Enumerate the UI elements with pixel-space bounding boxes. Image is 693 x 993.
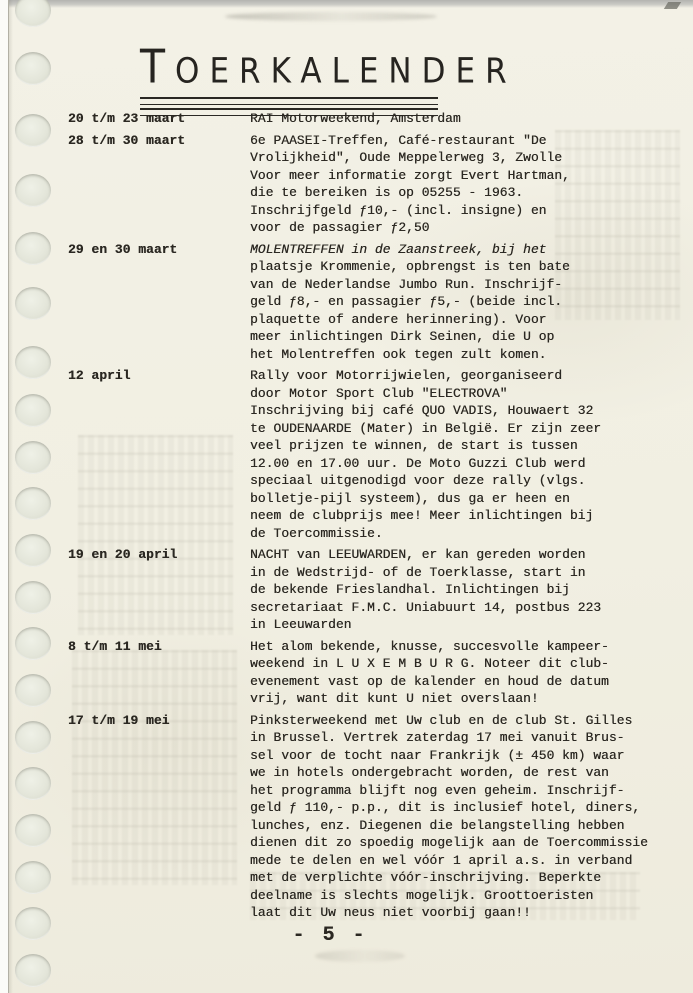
entry-date: 12 april <box>68 367 250 542</box>
title-block: TOERKALENDER <box>140 40 517 116</box>
entry-description: MOLENTREFFEN in de Zaanstreek, bij hetpl… <box>250 241 683 364</box>
entry-line: geld ƒ8,- en passagier ƒ5,- (beide incl. <box>250 293 683 311</box>
entry-date: 19 en 20 april <box>68 546 250 634</box>
page-left-edge <box>0 0 9 993</box>
title-underline <box>140 97 438 105</box>
punch-hole <box>15 674 51 707</box>
punch-hole <box>15 114 51 147</box>
entry-line: deelname is slechts mogelijk. Groottoeri… <box>250 887 683 905</box>
entry-line: in Brussel. Vertrek zaterdag 17 mei vanu… <box>250 729 683 747</box>
entry-line: 6e PAASEI-Treffen, Café-restaurant "De <box>250 132 683 150</box>
entry-line: veel prijzen te winnen, de start is tuss… <box>250 437 683 455</box>
punch-hole <box>15 907 51 940</box>
calendar-entry: 28 t/m 30 maart6e PAASEI-Treffen, Café-r… <box>68 132 683 237</box>
page-top-edge <box>0 0 693 8</box>
entry-line: de Toercommissie. <box>250 525 683 543</box>
punch-hole <box>15 954 51 987</box>
punch-hole <box>15 0 51 27</box>
page-edge-shadow <box>9 0 13 993</box>
entry-date: 20 t/m 23 maart <box>68 110 250 128</box>
punch-hole <box>15 287 51 320</box>
calendar-entry: 29 en 30 maartMOLENTREFFEN in de Zaanstr… <box>68 241 683 364</box>
entry-description: Rally voor Motorrijwielen, georganiseerd… <box>250 367 683 542</box>
entry-line: in Leeuwarden <box>250 616 683 634</box>
entry-date: 29 en 30 maart <box>68 241 250 364</box>
punch-hole <box>15 534 51 567</box>
punch-hole <box>15 394 51 427</box>
entry-date: 8 t/m 11 mei <box>68 638 250 708</box>
calendar-entries: 20 t/m 23 maartRAI Motorweekend, Amsterd… <box>68 110 683 926</box>
entry-line: speciaal uitgenodigd voor deze rally (vl… <box>250 472 683 490</box>
punch-hole <box>15 861 51 894</box>
entry-line: Het alom bekende, knusse, succesvolle ka… <box>250 638 683 656</box>
entry-line: meer inlichtingen Dirk Seinen, die U op <box>250 328 683 346</box>
entry-line: die te bereiken is op 05255 - 1963. <box>250 184 683 202</box>
entry-line: lunches, enz. Diegenen die belangstellin… <box>250 817 683 835</box>
punch-hole <box>15 232 51 265</box>
entry-line: sel voor de tocht naar Frankrijk (± 450 … <box>250 747 683 765</box>
punch-hole <box>15 487 51 520</box>
calendar-entry: 19 en 20 aprilNACHT van LEEUWARDEN, er k… <box>68 546 683 634</box>
calendar-entry: 12 aprilRally voor Motorrijwielen, georg… <box>68 367 683 542</box>
punch-hole <box>15 441 51 474</box>
punch-hole <box>15 346 51 379</box>
punch-hole <box>15 814 51 847</box>
ink-smudge <box>315 950 405 962</box>
punch-hole <box>15 52 51 85</box>
entry-line: Rally voor Motorrijwielen, georganiseerd <box>250 367 683 385</box>
entry-line: we in hotels ondergebracht worden, de re… <box>250 764 683 782</box>
entry-description: RAI Motorweekend, Amsterdam <box>250 110 683 128</box>
entry-line: neem de clubprijs mee! Meer inlichtingen… <box>250 507 683 525</box>
entry-line: plaquette of andere herinnering). Voor <box>250 311 683 329</box>
entry-line: het Molentreffen ook tegen zult komen. <box>250 346 683 364</box>
calendar-entry: 8 t/m 11 meiHet alom bekende, knusse, su… <box>68 638 683 708</box>
entry-line: Inschrijfgeld ƒ10,- (incl. insigne) en <box>250 202 683 220</box>
entry-line: 12.00 en 17.00 uur. De Moto Guzzi Club w… <box>250 455 683 473</box>
entry-line: Vrolijkheid", Oude Meppelerweg 3, Zwolle <box>250 149 683 167</box>
entry-line: geld ƒ 110,- p.p., dit is inclusief hote… <box>250 799 683 817</box>
entry-line: dienen dit zo spoedig mogelijk aan de To… <box>250 834 683 852</box>
entry-line: bolletje-pijl systeem), dus ga er heen e… <box>250 490 683 508</box>
entry-line: Inschrijving bij café QUO VADIS, Houwaer… <box>250 402 683 420</box>
entry-line: vrij, want dit kunt U niet overslaan! <box>250 690 683 708</box>
entry-line: NACHT van LEEUWARDEN, er kan gereden wor… <box>250 546 683 564</box>
calendar-entry: 17 t/m 19 meiPinksterweekend met Uw club… <box>68 712 683 922</box>
entry-line: Pinksterweekend met Uw club en de club S… <box>250 712 683 730</box>
entry-line: Voor meer informatie zorgt Evert Hartman… <box>250 167 683 185</box>
pencil-smudge <box>225 12 437 21</box>
entry-line: voor de passagier ƒ2,50 <box>250 219 683 237</box>
page-title: TOERKALENDER <box>140 40 517 94</box>
entry-date: 17 t/m 19 mei <box>68 712 250 922</box>
entry-line: de bekende Frieslandhal. Inlichtingen bi… <box>250 581 683 599</box>
punch-hole <box>15 767 51 800</box>
entry-description: NACHT van LEEUWARDEN, er kan gereden wor… <box>250 546 683 634</box>
entry-line: evenement vast op de kalender en houd de… <box>250 673 683 691</box>
entry-date: 28 t/m 30 maart <box>68 132 250 237</box>
entry-line: in de Wedstrijd- of de Toerklasse, start… <box>250 564 683 582</box>
entry-line: weekend in L U X E M B U R G. Noteer dit… <box>250 655 683 673</box>
punch-hole <box>15 627 51 660</box>
punch-hole <box>15 721 51 754</box>
entry-description: Pinksterweekend met Uw club en de club S… <box>250 712 683 922</box>
entry-line: secretariaat F.M.C. Uniabuurt 14, postbu… <box>250 599 683 617</box>
punch-hole <box>15 174 51 207</box>
entry-line: te OUDENAARDE (Mater) in België. Er zijn… <box>250 420 683 438</box>
entry-line: mede te delen en wel vóór 1 april a.s. i… <box>250 852 683 870</box>
calendar-entry: 20 t/m 23 maartRAI Motorweekend, Amsterd… <box>68 110 683 128</box>
entry-description: 6e PAASEI-Treffen, Café-restaurant "DeVr… <box>250 132 683 237</box>
entry-line: met de verplichte vóór-inschrijving. Bep… <box>250 869 683 887</box>
entry-line: door Motor Sport Club "ELECTROVA" <box>250 385 683 403</box>
punch-hole <box>15 581 51 614</box>
scanned-newsletter-page: TOERKALENDER 20 t/m 23 maartRAI Motorwee… <box>0 0 693 993</box>
entry-line: plaatsje Krommenie, opbrengst is ten bat… <box>250 258 683 276</box>
entry-description: Het alom bekende, knusse, succesvolle ka… <box>250 638 683 708</box>
entry-line: het programma blijft nog even geheim. In… <box>250 782 683 800</box>
entry-line: van de Nederlandse Jumbo Run. Inschrijf- <box>250 276 683 294</box>
page-number: - 5 - <box>0 924 660 947</box>
entry-line: MOLENTREFFEN in de Zaanstreek, bij het <box>250 241 683 259</box>
entry-line: RAI Motorweekend, Amsterdam <box>250 110 683 128</box>
entry-line: laat dit Uw neus niet voorbij gaan!! <box>250 904 683 922</box>
